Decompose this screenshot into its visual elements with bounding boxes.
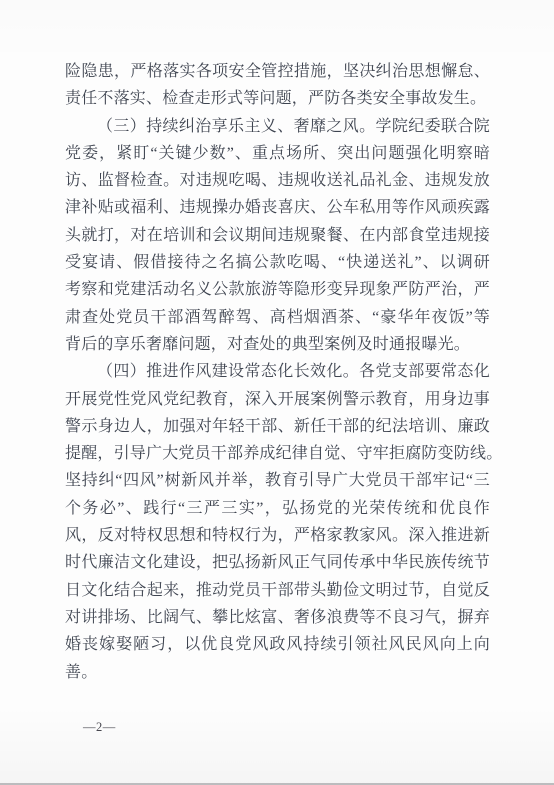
document-body: 险隐患，严格落实各项安全管控措施，坚决纠治思想懈怠、 责任不落实、检查走形式等问…: [65, 58, 490, 686]
document-line: 提醒，引导广大党员干部养成纪律自觉、守牢拒腐防变防线。: [65, 440, 490, 467]
document-line: 考察和党建活动名义公款旅游等隐形变异现象严防严治，严: [65, 276, 490, 303]
document-line: 日文化结合起来，推动党员干部带头勤俭文明过节，自觉反: [65, 577, 490, 604]
document-line: 风，反对特权思想和特权行为，严格家教家风。深入推进新: [65, 522, 490, 549]
document-line: 党委，紧盯“关键少数”、重点场所、突出问题强化明察暗: [65, 140, 490, 167]
document-line section-3-heading-line: （三）持续纠治享乐主义、奢靡之风。学院纪委联合院: [65, 113, 490, 140]
document-line: 责任不落实、检查走形式等问题，严防各类安全事故发生。: [65, 85, 490, 112]
document-line: 时代廉洁文化建设，把弘扬新风正气同传承中华民族传统节: [65, 549, 490, 576]
document-line: 坚持纠“四风”树新风并举，教育引导广大党员干部牢记“三: [65, 467, 490, 494]
document-line: 津补贴或福利、违规操办婚丧喜庆、公车私用等作风顽疾露: [65, 194, 490, 221]
document-line section-4-heading-line: （四）推进作风建设常态化长效化。各党支部要常态化: [65, 358, 490, 385]
document-line: 头就打，对在培训和会议期间违规聚餐、在内部食堂违规接: [65, 222, 490, 249]
document-line: 背后的享乐奢靡问题，对查处的典型案例及时通报曝光。: [65, 331, 490, 358]
document-line: 善。: [65, 659, 490, 686]
document-line: 个务必”、践行“三严三实”，弘扬党的光荣传统和优良作: [65, 495, 490, 522]
page-number: —2—: [83, 719, 116, 735]
document-line: 访、监督检查。对违规吃喝、违规收送礼品礼金、违规发放: [65, 167, 490, 194]
document-line: 险隐患，严格落实各项安全管控措施，坚决纠治思想懈怠、: [65, 58, 490, 85]
scanned-document-page: 险隐患，严格落实各项安全管控措施，坚决纠治思想懈怠、 责任不落实、检查走形式等问…: [0, 0, 554, 785]
document-line: 警示身边人，加强对年轻干部、新任干部的纪法培训、廉政: [65, 413, 490, 440]
document-line: 受宴请、假借接待之名搞公款吃喝、“快递送礼”、以调研: [65, 249, 490, 276]
document-line: 肃查处党员干部酒驾醉驾、高档烟酒茶、“豪华年夜饭”等: [65, 304, 490, 331]
document-line: 婚丧嫁娶陋习，以优良党风政风持续引领社风民风向上向: [65, 631, 490, 658]
document-line: 开展党性党风党纪教育，深入开展案例警示教育，用身边事: [65, 386, 490, 413]
document-line: 对讲排场、比阔气、攀比炫富、奢侈浪费等不良习气，摒弃: [65, 604, 490, 631]
